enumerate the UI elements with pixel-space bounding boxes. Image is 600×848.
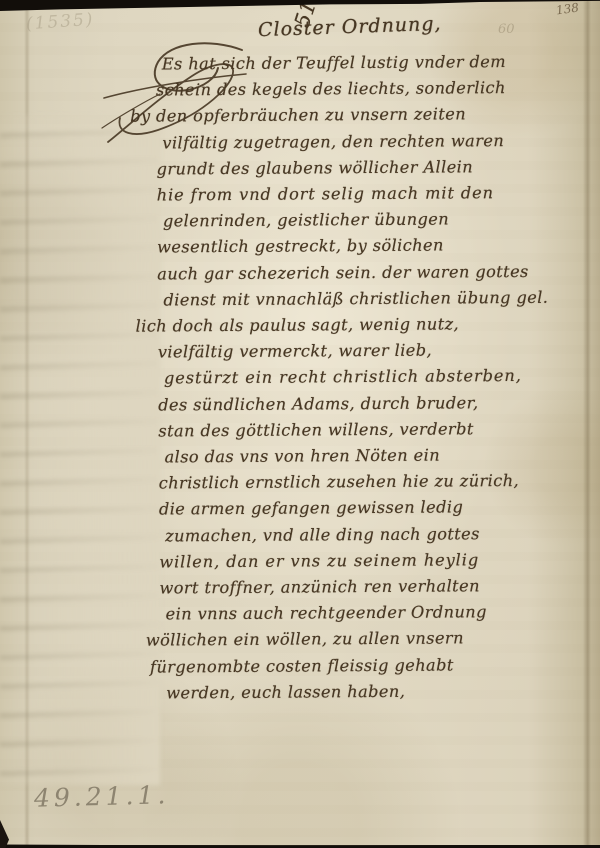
crease-right-edge	[583, 0, 591, 845]
manuscript-line: Es hat sich der Teuffel lustig vnder dem	[162, 49, 580, 78]
shelfmark-pencil: 49.21.1.	[34, 780, 170, 813]
manuscript-line: also das vns von hren Nöten ein	[164, 442, 582, 471]
manuscript-line: werden, euch lassen haben,	[166, 677, 584, 706]
faint-number-top-right: 60	[498, 22, 515, 37]
manuscript-text-block: Es hat sich der Teuffel lustig vnder dem…	[156, 49, 585, 707]
manuscript-line: zumachen, vnd alle ding nach gottes	[165, 520, 583, 549]
manuscript-line: schein des kegels des liechts, sonderlic…	[156, 75, 580, 104]
manuscript-line: grundt des glaubens wöllicher Allein	[156, 153, 580, 182]
manuscript-line: die armen gefangen gewissen ledig	[159, 494, 583, 523]
manuscript-line: by den opferbräuchen zu vnsern zeiten	[130, 101, 580, 130]
manuscript-line: dienst mit vnnachläß christlichen übung …	[163, 284, 581, 313]
manuscript-scan: (1535) 51 138 60 49.21.1. Closter Ordnun…	[0, 0, 600, 848]
manuscript-line: lich doch als paulus sagt, wenig nutz,	[136, 311, 582, 340]
verso-show-through	[0, 115, 160, 785]
manuscript-line: wesentlich gestreckt, by sölichen	[157, 232, 581, 261]
manuscript-line: gelenrinden, geistlicher übungen	[163, 206, 581, 235]
manuscript-line: hie from vnd dort selig mach mit den	[157, 180, 581, 209]
manuscript-line: christlich ernstlich zusehen hie zu züri…	[159, 468, 583, 497]
manuscript-line: stan des göttlichen willens, verderbt	[158, 415, 582, 444]
manuscript-line: ein vnns auch rechtgeender Ordnung	[166, 599, 584, 628]
manuscript-line: wort troffner, anzünich ren verhalten	[159, 573, 583, 602]
manuscript-line: auch gar schezerich sein. der waren gott…	[157, 258, 581, 287]
manuscript-line: des sündlichen Adams, durch bruder,	[158, 389, 582, 418]
manuscript-line: vilfältig zugetragen, den rechten waren	[162, 127, 580, 156]
manuscript-line: wöllichen ein wöllen, zu allen vnsern	[146, 625, 584, 654]
manuscript-line: vielfältig vermerckt, warer lieb,	[158, 337, 582, 366]
manuscript-line: gestürzt ein recht christlich absterben,	[164, 363, 582, 392]
manuscript-line: fürgenombte costen fleissig gehabt	[150, 651, 584, 680]
manuscript-line: willen, dan er vns zu seinem heylig	[159, 546, 583, 575]
